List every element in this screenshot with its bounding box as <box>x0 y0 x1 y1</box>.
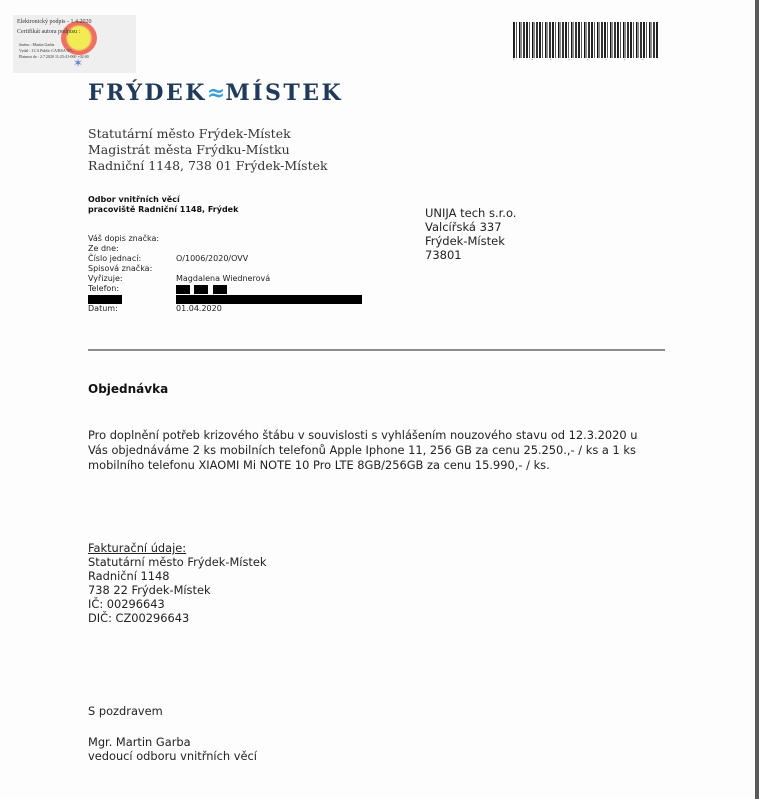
signer-position: vedoucí odboru vnitřních věcí <box>88 749 257 763</box>
meta-value-handler: Magdalena Wiednerová <box>176 274 270 284</box>
body-line: Pro doplnění potřeb krizového štábu v so… <box>88 428 670 443</box>
logo-left: FRÝDEK <box>88 80 207 106</box>
meta-label: Spisová značka: <box>88 264 152 274</box>
sender-address: Statutární město Frýdek-Místek Magistrát… <box>88 126 328 174</box>
meta-label: Ze dne: <box>88 244 119 254</box>
electronic-signature-stamp[interactable]: Elektronický podpis - 1.4.2020 Certifiká… <box>13 15 136 73</box>
logo-wave-icon: ≈ <box>207 80 225 106</box>
department-workplace: pracoviště Radniční 1148, Frýdek <box>88 205 238 215</box>
recipient-line: 73801 <box>425 248 516 262</box>
stamp-name: Jméno : Martin Garba <box>19 42 54 47</box>
redaction-label <box>88 295 122 304</box>
redaction-value <box>176 295 362 304</box>
billing-line: Radniční 1148 <box>88 569 266 583</box>
body-line: Vás objednáváme 2 ks mobilních telefonů … <box>88 443 670 458</box>
billing-line: DIČ: CZ00296643 <box>88 611 266 625</box>
page-edge <box>755 0 759 799</box>
department: Odbor vnitřních věcí pracoviště Radniční… <box>88 195 238 215</box>
logo-right: MÍSTEK <box>225 80 343 106</box>
meta-label: Telefon: <box>88 284 119 294</box>
billing-line: 738 22 Frýdek-Místek <box>88 583 266 597</box>
letter-title: Objednávka <box>88 382 168 396</box>
closing-greeting: S pozdravem <box>88 704 163 718</box>
recipient-line: Valcířská 337 <box>425 220 516 234</box>
meta-value-date: 01.04.2020 <box>176 304 222 314</box>
stamp-issuer: Vydal : I.CA Public CA/RSA 07/... <box>19 48 75 53</box>
barcode-digits: * * * * * * * * * * * * * * <box>513 58 658 62</box>
recipient-line: Frýdek-Místek <box>425 234 516 248</box>
department-name: Odbor vnitřních věcí <box>88 195 238 205</box>
letter-body: Pro doplnění potřeb krizového štábu v so… <box>88 428 670 473</box>
billing-details: Fakturační údaje: Statutární město Frýde… <box>88 541 266 625</box>
sender-line: Magistrát města Frýdku-Místku <box>88 142 328 158</box>
meta-value-reference-number: O/1006/2020/OVV <box>176 254 248 264</box>
redaction-phone <box>213 285 227 294</box>
billing-line: Statutární město Frýdek-Místek <box>88 555 266 569</box>
signer-name: Mgr. Martin Garba <box>88 735 257 749</box>
header-divider <box>88 349 665 351</box>
meta-label: Váš dopis značka: <box>88 234 159 244</box>
stamp-line-1: Elektronický podpis - 1.4.2020 <box>17 19 92 25</box>
meta-label: Číslo jednací: <box>88 254 141 264</box>
billing-header: Fakturační údaje: <box>88 541 266 555</box>
recipient-line: UNIJA tech s.r.o. <box>425 206 516 220</box>
sender-line: Statutární město Frýdek-Místek <box>88 126 328 142</box>
sender-line: Radniční 1148, 738 01 Frýdek-Místek <box>88 158 328 174</box>
meta-label: Vyřizuje: <box>88 274 123 284</box>
signer-block: Mgr. Martin Garba vedoucí odboru vnitřní… <box>88 735 257 763</box>
barcode <box>513 22 658 58</box>
body-line: mobilního telefonu XIAOMI Mi NOTE 10 Pro… <box>88 458 670 473</box>
city-logo: FRÝDEK≈MÍSTEK <box>88 80 343 106</box>
meta-label: Datum: <box>88 304 118 314</box>
redaction-phone <box>194 285 208 294</box>
stamp-line-2: Certifikát autora podpisu : <box>17 29 80 35</box>
redaction-phone <box>176 285 190 294</box>
recipient-address: UNIJA tech s.r.o. Valcířská 337 Frýdek-M… <box>425 206 516 262</box>
signature-check-icon: ✶ <box>73 57 89 69</box>
billing-line: IČ: 00296643 <box>88 597 266 611</box>
